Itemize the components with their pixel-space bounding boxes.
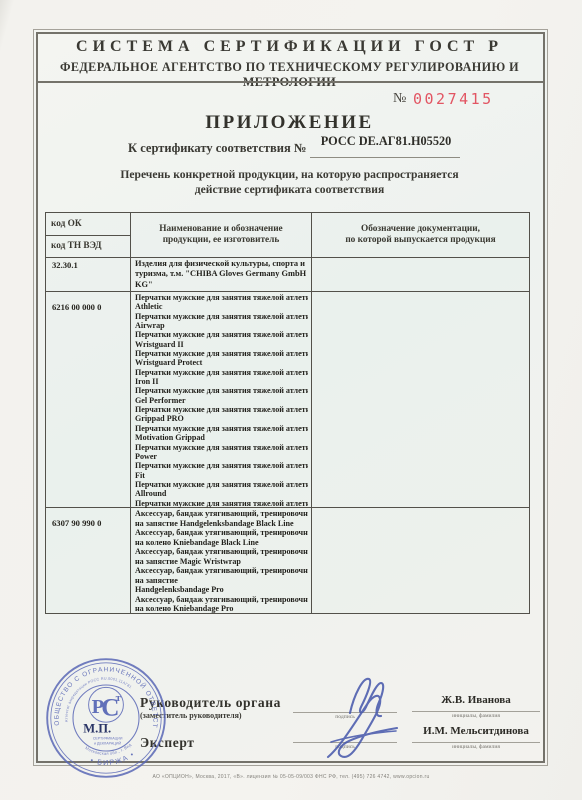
product-line: Allround [135,489,308,498]
subtitle-line2: действие сертификата соответствия [36,183,543,196]
table-header-row: код ОК код ТН ВЭД Наименование и обознач… [46,213,529,258]
product-line: на колено Kniebandage Pro [135,604,308,614]
certificate-number-underline [310,157,460,158]
product-line: Wristguard Protect [135,358,308,367]
product-line: Перчатки мужские для занятия тяжелой атл… [135,443,308,452]
place-of-seal-label: М.П. [83,721,111,735]
product-line: Fit [135,471,308,480]
product-line: Power [135,452,308,461]
subtitle-line1: Перечень конкретной продукции, на котору… [36,168,543,181]
row-code: 32.30.1 [46,258,131,291]
product-line: Перчатки мужские для занятия тяжелой атл… [135,480,308,489]
certificate-ref-label: К сертификату соответствия № [128,141,306,156]
product-line: Перчатки мужские для занятия тяжелой атл… [135,293,308,302]
row-products: Перчатки мужские для занятия тяжелой атл… [131,292,312,508]
name-caption-1: инициалы, фамилия [412,713,540,719]
table-row: 32.30.1 Изделия для физической культуры,… [46,258,529,292]
name-caption-2: инициалы, фамилия [412,744,540,750]
product-line: Iron II [135,377,308,386]
stamp-center-line1: СЕРТИФИКАЦИИ [93,737,123,741]
product-line: Изделия для физической культуры, спорта … [135,259,308,269]
certificate-page: СИСТЕМА СЕРТИФИКАЦИИ ГОСТ Р ФЕДЕРАЛЬНОЕ … [0,0,582,800]
product-line: на запястие [135,576,308,586]
product-line: Перчатки мужские для занятия тяжелой атл… [135,368,308,377]
product-line: Аксессуар, бандаж утягивающий, тренирово… [135,595,308,605]
header-docs-cell: Обозначение документации, по которой вып… [312,213,529,257]
product-line: Перчатки мужские для занятия тяжелой атл… [135,405,308,414]
header-name-line1: Наименование и обозначение [159,224,282,236]
product-line: Аксессуар, бандаж утягивающий, тренирово… [135,547,308,557]
header-docs-line2: по которой выпускается продукция [345,235,495,247]
product-line: Athletic [135,302,308,311]
signature-caption-1: подпись [293,714,397,720]
header-code-cell: код ОК код ТН ВЭД [46,213,131,257]
product-line: Аксессуар, бандаж утягивающий, тренирово… [135,509,308,519]
products-table: код ОК код ТН ВЭД Наименование и обознач… [45,212,530,614]
product-line: Wristguard II [135,340,308,349]
row-docs-empty [312,258,529,291]
rst-logo: Р С т [92,692,122,721]
header-code-tnved: код ТН ВЭД [46,236,130,258]
product-line: Перчатки мужские для занятия тяжелой атл… [135,499,308,508]
header-code-ok: код ОК [46,213,130,236]
product-line: на запястие Handgelenksbandage Black Lin… [135,519,308,529]
product-line: Аксессуар, бандаж утягивающий, тренирово… [135,528,308,538]
system-title: СИСТЕМА СЕРТИФИКАЦИИ ГОСТ Р [36,38,543,56]
product-line: Перчатки мужские для занятия тяжелой атл… [135,349,308,358]
product-line: KG" [135,280,308,290]
agency-title: ФЕДЕРАЛЬНОЕ АГЕНТСТВО ПО ТЕХНИЧЕСКОМУ РЕ… [36,60,543,90]
table-row: 6216 00 000 0 Перчатки мужские для занят… [46,292,529,508]
header-divider [36,81,543,83]
document-title: ПРИЛОЖЕНИЕ [36,112,543,134]
form-number-sign: № [393,91,406,107]
product-line: Перчатки мужские для занятия тяжелой атл… [135,330,308,339]
product-line: Airwrap [135,321,308,330]
product-line: Gel Performer [135,396,308,405]
product-line: Grippad PRO [135,414,308,423]
certificate-number: РОСС DE.АГ81.Н05520 [310,134,462,149]
print-house-footer: АО «ОПЦИОН», Москва, 2017, «В». лицензия… [0,774,582,780]
product-line: на запястие Magic Wristwrap [135,557,308,567]
signature-caption-2: подпись [293,744,397,750]
name-line-1 [412,711,540,712]
row-code: 6307 90 990 0 [46,508,131,614]
table-row: 6307 90 990 0 Аксессуар, бандаж утягиваю… [46,508,529,613]
product-line: Handgelenksbandage Pro [135,585,308,595]
form-number-value: 0027415 [413,90,494,108]
head-name: Ж.В. Иванова [412,694,540,706]
header-name-cell: Наименование и обозначение продукции, ее… [131,213,312,257]
row-products: Аксессуар, бандаж утягивающий, тренирово… [131,508,312,614]
name-line-2 [412,742,540,743]
product-line: Перчатки мужские для занятия тяжелой атл… [135,461,308,470]
signature-line-1 [293,712,397,713]
product-line: Аксессуар, бандаж утягивающий, тренирово… [135,566,308,576]
expert-name: И.М. Мельситдинова [412,725,540,737]
signature-line-2 [293,742,397,743]
product-line: Motivation Grippad [135,433,308,442]
product-line: Перчатки мужские для занятия тяжелой атл… [135,386,308,395]
product-line: туризма, т.м. "CHIBA Gloves Germany GmbH… [135,269,308,279]
rst-logo-t: т [116,692,122,704]
row-products: Изделия для физической культуры, спорта … [131,258,312,291]
row-docs-empty [312,508,529,614]
header-docs-line1: Обозначение документации, [361,224,480,236]
product-line: Перчатки мужские для занятия тяжелой атл… [135,312,308,321]
product-line: на колено Kniebandage Black Line [135,538,308,548]
product-line: Перчатки мужские для занятия тяжелой атл… [135,424,308,433]
row-code: 6216 00 000 0 [46,292,131,508]
stamp-center-line2: и ДЕКЛАРАЦИЙ [94,741,121,745]
row-docs-empty [312,292,529,508]
round-stamp: ОБЩЕСТВО С ОГРАНИЧЕННОЙ ОТВЕТСТВЕННОСТЬЮ… [40,652,172,784]
header-name-line2: продукции, ее изготовитель [163,235,280,247]
